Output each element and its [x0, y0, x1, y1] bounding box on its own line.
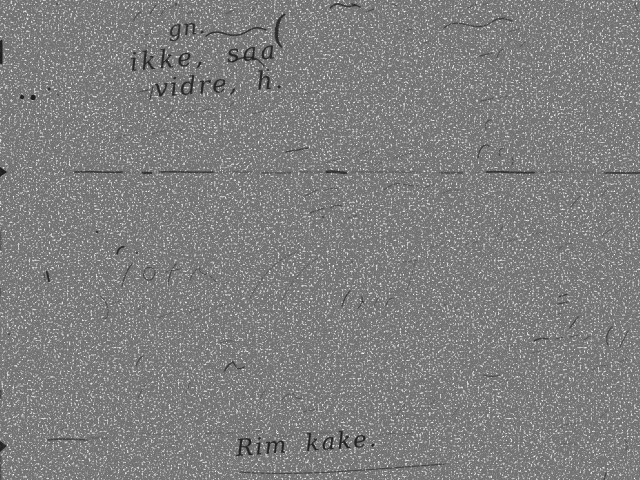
ink-stroke	[322, 216, 324, 218]
ink-stroke	[48, 88, 51, 91]
scan-artifacts-layer	[0, 0, 640, 480]
ink-stroke	[75, 172, 122, 173]
speckle-noise	[0, 0, 640, 480]
ink-stroke	[0, 288, 1, 296]
ink-stroke	[0, 390, 2, 399]
ink-stroke	[0, 40, 3, 64]
scanned-letter-page: gn. ( ikke, saa vidre, h. Rim kake.	[0, 0, 640, 480]
ink-stroke	[160, 172, 213, 173]
ink-stroke	[329, 374, 331, 376]
ink-stroke	[455, 307, 457, 309]
ink-stroke	[8, 333, 10, 335]
ink-stroke	[57, 94, 59, 96]
handwriting-fragment-gn: gn.	[167, 14, 208, 43]
ink-stroke	[327, 171, 346, 173]
ink-stroke	[175, 3, 177, 5]
ink-stroke	[30, 95, 35, 100]
ink-stroke	[56, 3, 58, 5]
ink-stroke	[487, 172, 534, 173]
ink-stroke	[0, 227, 2, 251]
ink-stroke	[444, 304, 446, 306]
ink-stroke	[351, 261, 353, 263]
ink-stroke	[20, 95, 24, 99]
ink-stroke	[48, 439, 87, 440]
ink-stroke	[0, 455, 2, 480]
ink-stroke	[136, 252, 138, 254]
ink-stroke	[96, 231, 99, 234]
ink-stroke	[0, 0, 640, 480]
